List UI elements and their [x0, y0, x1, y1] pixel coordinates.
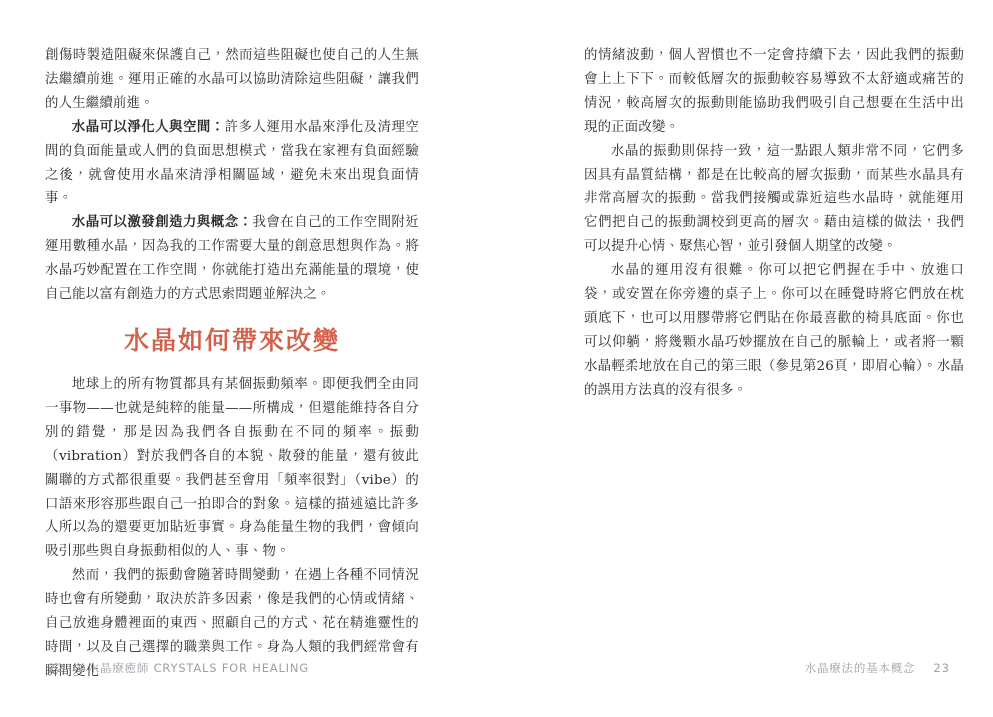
- paragraph: 水晶可以淨化人與空間：許多人運用水晶來淨化及清理空間的負面能量或人們的負面思想模…: [45, 116, 419, 212]
- right-page-footer: 水晶療法的基本概念 23: [805, 660, 950, 676]
- paragraph: 創傷時製造阻礙來保護自己，然而這些阻礙也使自己的人生無法繼續前進。運用正確的水晶…: [45, 44, 419, 116]
- paragraph: 地球上的所有物質都具有某個振動頻率。即便我們全由同一事物——也就是純粹的能量——…: [45, 373, 419, 564]
- chapter-title-running-footer: 水晶療法的基本概念: [805, 660, 916, 676]
- paragraph-lead-bold: 水晶可以激發創造力與概念：: [72, 215, 253, 230]
- left-page-text-column: 創傷時製造阻礙來保護自己，然而這些阻礙也使自己的人生無法繼續前進。運用正確的水晶…: [45, 44, 419, 684]
- paragraph: 水晶的振動則保持一致，這一點跟人類非常不同，它們多因具有晶質結構，都是在比較高的…: [584, 140, 964, 260]
- paragraph-lead-bold: 水晶可以淨化人與空間：: [72, 120, 225, 135]
- paragraph: 的情緒波動，個人習慣也不一定會持續下去，因此我們的振動會上上下下。而較低層次的振…: [584, 44, 964, 140]
- book-title-running-footer: 水晶療癒師 CRYSTALS FOR HEALING: [88, 660, 309, 676]
- book-spread: 創傷時製造阻礙來保護自己，然而這些阻礙也使自己的人生無法繼續前進。運用正確的水晶…: [0, 0, 993, 717]
- paragraph: 水晶可以激發創造力與概念：我會在自己的工作空間附近運用數種水晶，因為我的工作需要…: [45, 211, 419, 307]
- right-page-text-column: 的情緒波動，個人習慣也不一定會持續下去，因此我們的振動會上上下下。而較低層次的振…: [584, 44, 964, 403]
- section-heading: 水晶如何帶來改變: [45, 321, 419, 357]
- right-page-number: 23: [933, 661, 950, 675]
- left-page-footer: 22 水晶療癒師 CRYSTALS FOR HEALING: [48, 660, 309, 676]
- paragraph: 水晶的運用沒有很難。你可以把它們握在手中、放進口袋，或安置在你旁邊的桌子上。你可…: [584, 259, 964, 402]
- left-page-number: 22: [48, 661, 65, 675]
